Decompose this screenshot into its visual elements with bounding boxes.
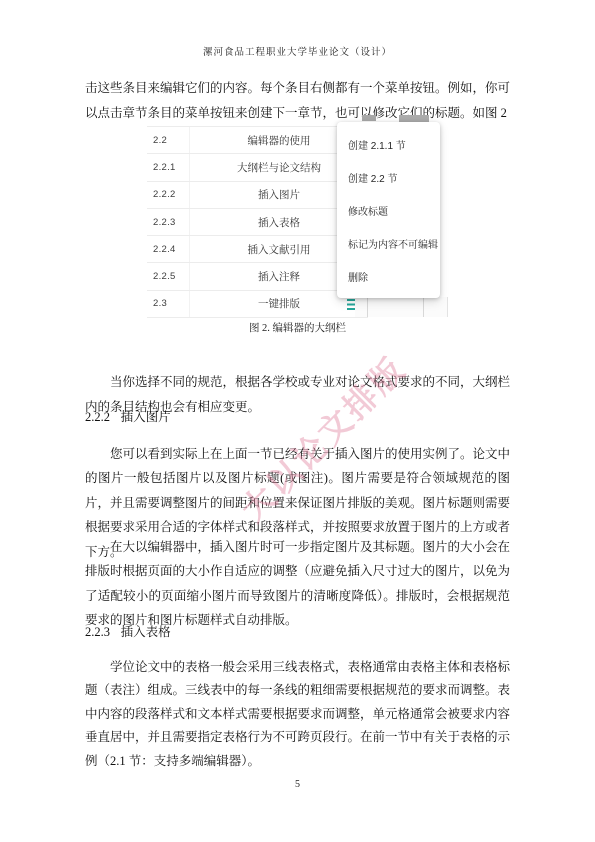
body-paragraph: 在大以编辑器中，插入图片时可一步指定图片及其标题。图片的大小会在排版时根据页面的… [85,535,510,633]
page-number: 5 [0,779,595,790]
outline-row: 2.3 一键排版 [147,291,368,318]
outline-table: 2.2 编辑器的使用 2.2.1 大纲栏与论文结构 2.2.2 插入图片 2.2… [147,126,368,318]
menu-item-create-2-1-1: 创建 2.1.1 节 [337,128,440,161]
menu-item-rename-title: 修改标题 [337,194,440,227]
card-divider [367,297,368,317]
outline-row-number: 2.2.5 [147,263,190,289]
body-paragraph: 学位论文中的表格一般会采用三线表格式，表格通常由表格主体和表格标题（表注）组成。… [85,656,510,774]
section-heading-2-2-3: 2.2.3插入表格 [85,620,510,645]
background-ui-fragment [399,115,429,122]
page-header: 漯河食品工程职业大学毕业论文（设计） [0,44,595,58]
outline-row-number: 2.2.3 [147,209,190,235]
background-card-fragment [355,297,448,317]
outline-row: 2.2.3 插入表格 [147,209,368,236]
menu-item-delete: 删除 [337,260,440,293]
outline-row-number: 2.2.1 [147,154,190,180]
outline-row: 2.2.1 大纲栏与论文结构 [147,154,368,181]
figure-caption: 图 2. 编辑器的大纲栏 [0,320,595,335]
section-number: 2.2.2 [85,410,110,424]
section-title: 插入表格 [121,625,171,639]
background-ui-fragment [362,115,376,121]
context-menu: 创建 2.1.1 节 创建 2.2 节 修改标题 标记为内容不可编辑 删除 [337,122,440,298]
outline-row-number: 2.2.4 [147,236,190,262]
outline-row-number: 2.2 [147,127,190,153]
menu-item-mark-uneditable: 标记为内容不可编辑 [337,227,440,260]
outline-row: 2.2.5 插入注释 [147,263,368,290]
outline-row-number: 2.2.2 [147,182,190,208]
figure-screenshot-outline-panel: 2.2 编辑器的使用 2.2.1 大纲栏与论文结构 2.2.2 插入图片 2.2… [147,115,462,320]
outline-row: 2.2.2 插入图片 [147,182,368,209]
section-number: 2.2.3 [85,625,110,639]
section-heading-2-2-2: 2.2.2插入图片 [85,405,510,430]
outline-row-number: 2.3 [147,291,190,317]
outline-row: 2.2 编辑器的使用 [147,127,368,154]
outline-row-title: 一键排版 [190,296,368,311]
section-title: 插入图片 [121,410,171,424]
card-divider [423,297,424,317]
document-page: 漯河食品工程职业大学毕业论文（设计） 大以论文排版 击这些条目来编辑它们的内容。… [0,0,595,842]
menu-item-create-2-2: 创建 2.2 节 [337,161,440,194]
outline-row: 2.2.4 插入文献引用 [147,236,368,263]
